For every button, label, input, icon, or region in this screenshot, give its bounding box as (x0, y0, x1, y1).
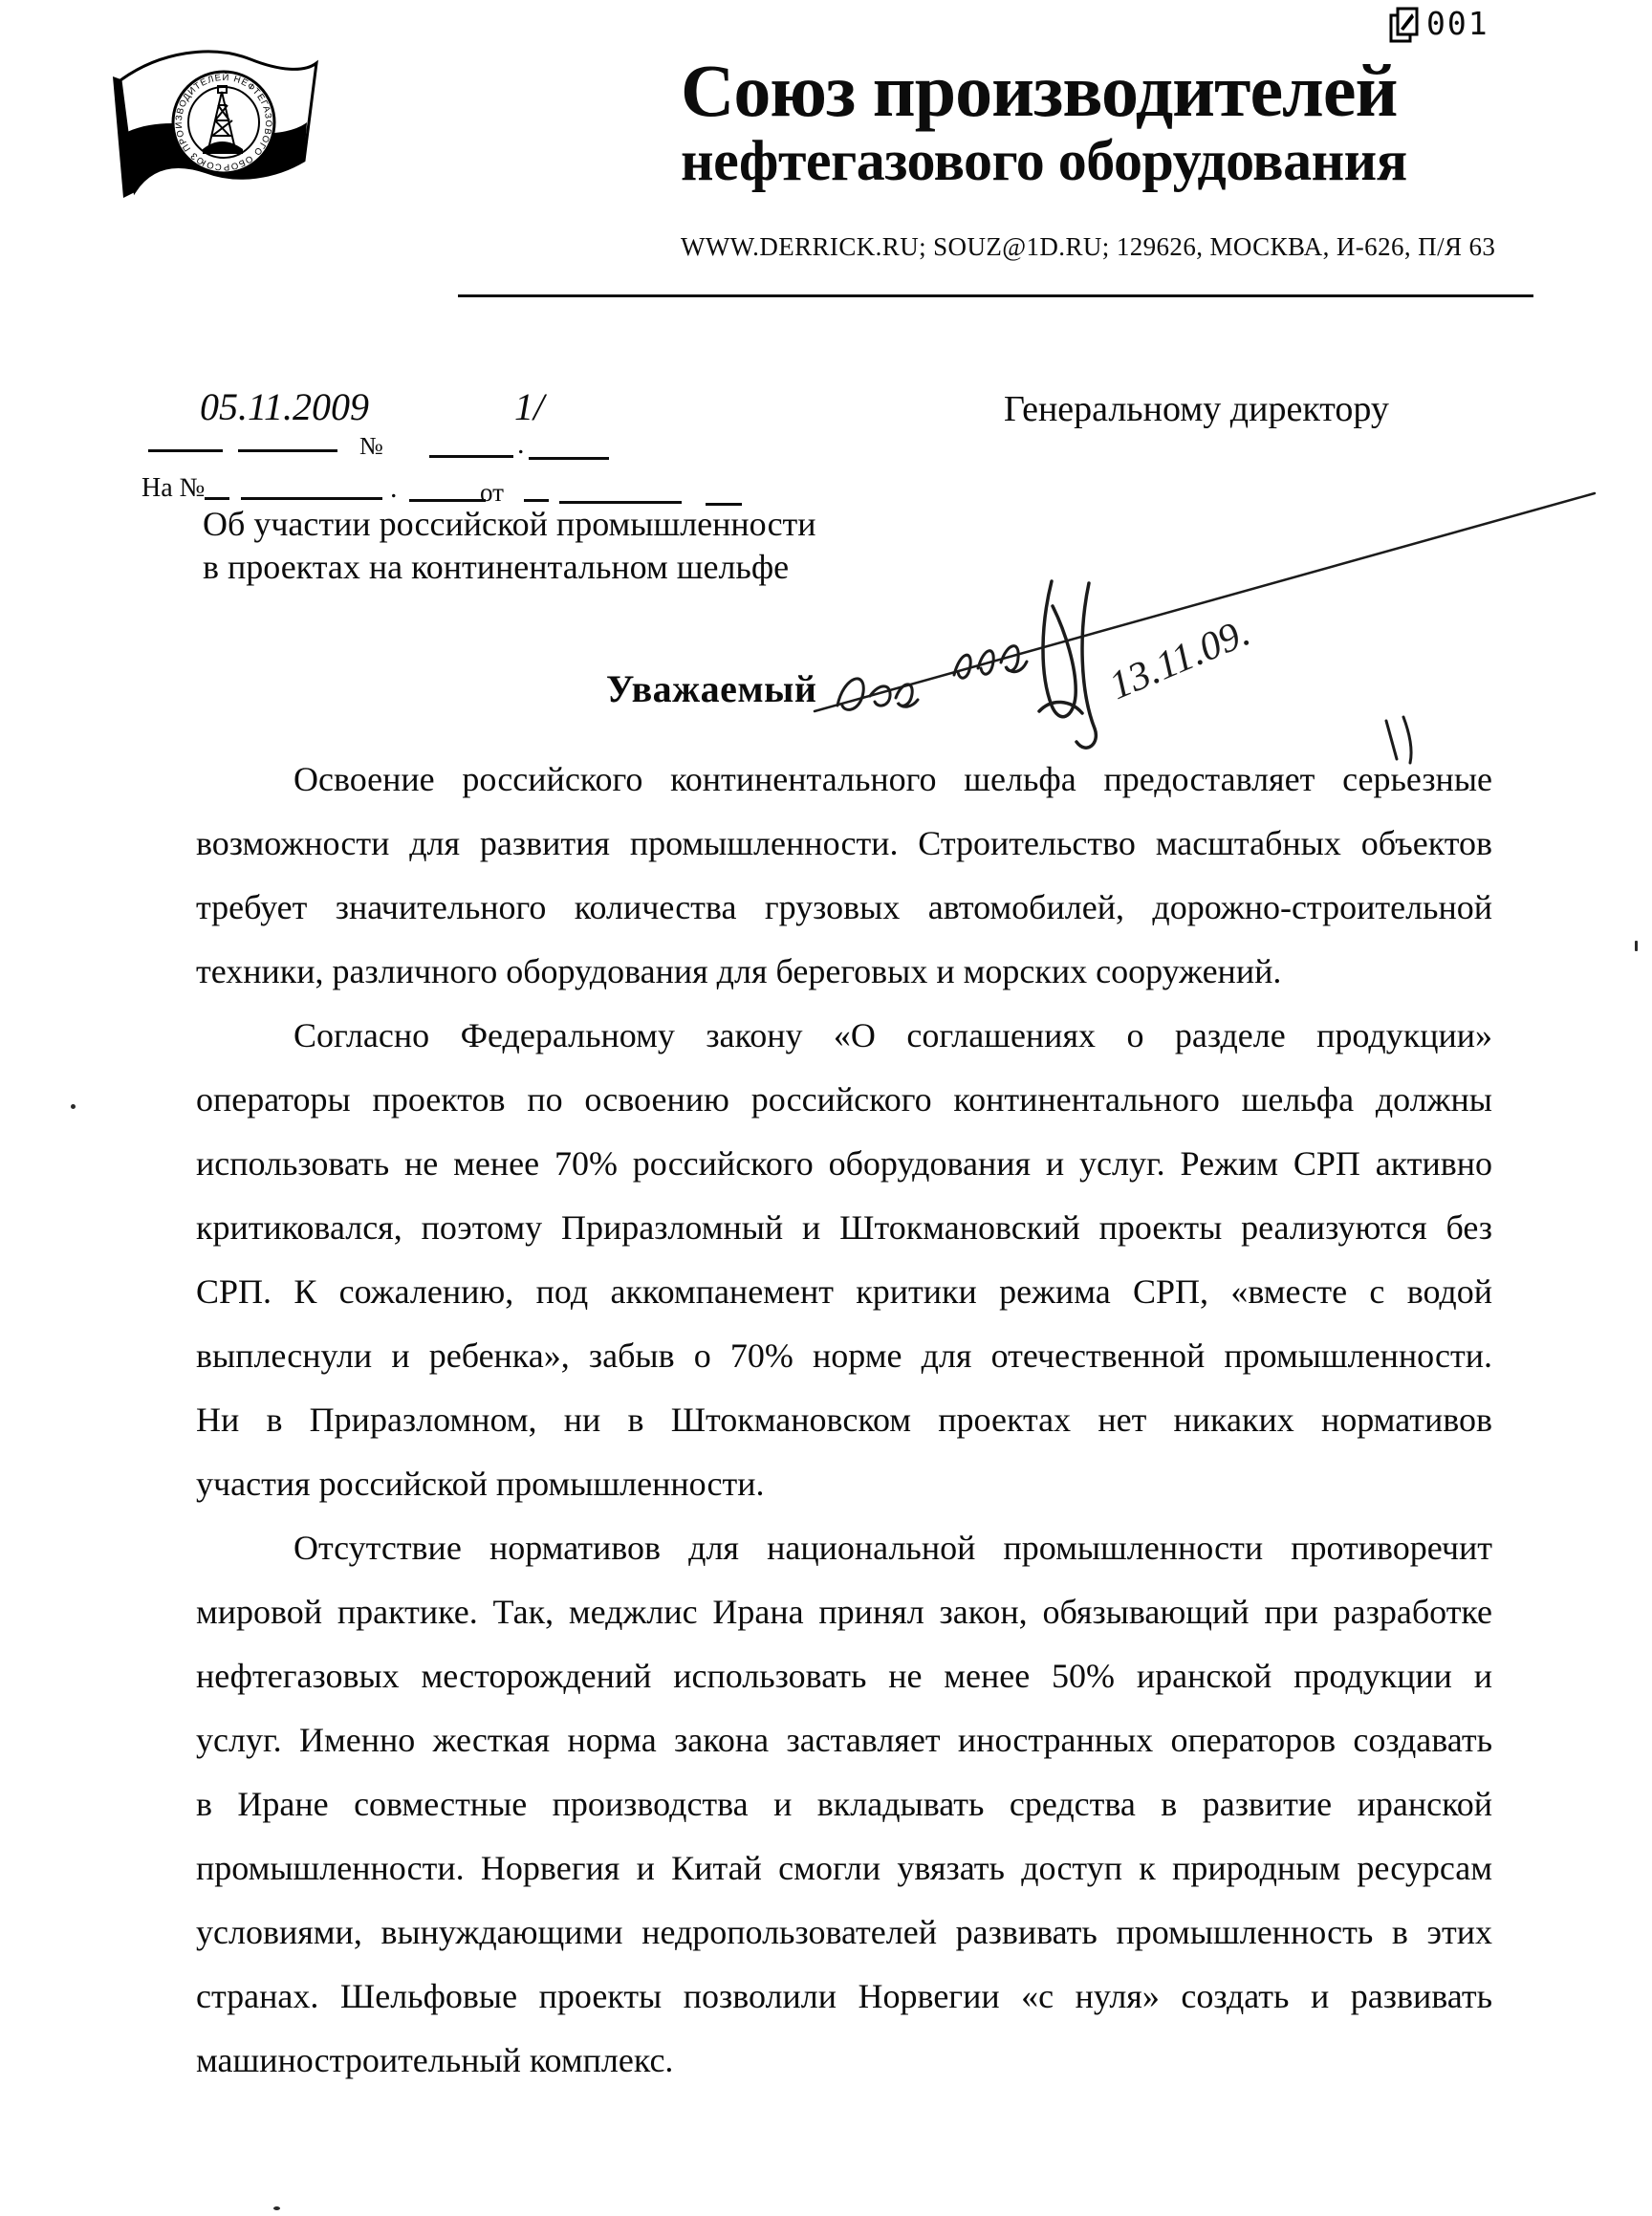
paragraph: Согласно Федеральному закону «О соглашен… (196, 1004, 1492, 1516)
body-line: выплеснули и ребенка», забыв о 70% норме… (196, 1324, 1492, 1388)
body-line: в Иране совместные производства и вклады… (196, 1772, 1492, 1836)
form-blank-line (205, 497, 229, 500)
form-blank-line (524, 499, 549, 502)
body-line: техники, различного оборудования для бер… (196, 940, 1492, 1004)
letter-date: 05.11.2009 (200, 384, 369, 429)
letterhead-rule (458, 294, 1533, 297)
body-line: машиностроительный комплекс. (196, 2029, 1492, 2093)
scanned-letter-page: 001 СОЮЗ ПРОИЗВОДИТЕЛЕЙ НЕФТЕГАЗОВОГО ОБ… (0, 0, 1652, 2216)
scan-speck (273, 2206, 280, 2210)
body-line: Согласно Федеральному закону «О соглашен… (196, 1004, 1492, 1068)
subject-line-2: в проектах на континентальном шельфе (203, 547, 789, 587)
body-line: требует значительного количества грузовы… (196, 876, 1492, 940)
body-line: условиями, вынуждающими недропользовател… (196, 1901, 1492, 1965)
body-line: возможности для развития промышленности.… (196, 812, 1492, 876)
form-blank-line (409, 499, 486, 502)
form-dot: . (517, 430, 525, 459)
form-blank-line (238, 449, 337, 452)
body-line: странах. Шельфовые проекты позволили Нор… (196, 1965, 1492, 2029)
scan-speck (71, 1104, 76, 1109)
number-sign: № (359, 432, 383, 461)
recipient-line: Генеральному директору (1004, 388, 1389, 430)
body-line: критиковался, поэтому Приразломный и Што… (196, 1196, 1492, 1260)
fax-page-icon (1388, 6, 1421, 44)
body-line: использовать не менее 70% российского об… (196, 1132, 1492, 1196)
reply-ref-label: На № (141, 473, 205, 504)
body-line: операторы проектов по освоению российско… (196, 1068, 1492, 1132)
subject-line-1: Об участии российской промышленности (203, 504, 816, 544)
scan-speck (1635, 941, 1638, 951)
org-name-line2: нефтегазового оборудования (681, 132, 1407, 189)
body-line: Ни в Приразломном, ни в Штокмановском пр… (196, 1388, 1492, 1452)
org-name-line1: Союз производителей (681, 54, 1397, 128)
fax-page-number: 001 (1426, 6, 1489, 42)
greeting: Уважаемый (606, 666, 816, 711)
form-blank-line (529, 457, 609, 460)
body-line: Освоение российского континентального ше… (196, 748, 1492, 812)
paragraph: Освоение российского континентального ше… (196, 748, 1492, 1004)
org-contacts: WWW.DERRICK.RU; SOUZ@1D.RU; 129626, МОСК… (681, 232, 1495, 262)
paragraph: Отсутствие нормативов для национальной п… (196, 1516, 1492, 2093)
handwritten-date: 13.11.09. (1103, 611, 1256, 709)
body-line: услуг. Именно жесткая норма закона заста… (196, 1708, 1492, 1772)
letter-number: 1/ (514, 384, 544, 429)
body-line: нефтегазовых месторождений использовать … (196, 1644, 1492, 1708)
fax-page-indicator: 001 (1388, 6, 1489, 44)
resolution-strike-line (815, 493, 1595, 711)
form-dot: . (390, 474, 398, 503)
body-line: Отсутствие нормативов для национальной п… (196, 1516, 1492, 1580)
form-blank-line (148, 449, 223, 452)
body-line: СРП. К сожалению, под аккомпанемент крит… (196, 1260, 1492, 1324)
form-blank-line (241, 497, 382, 500)
letter-body: Освоение российского континентального ше… (196, 748, 1492, 2093)
body-line: мировой практике. Так, меджлис Ирана при… (196, 1580, 1492, 1644)
oil-derrick-flag-icon: СОЮЗ ПРОИЗВОДИТЕЛЕЙ НЕФТЕГАЗОВОГО ОБОРУД… (107, 48, 337, 201)
handwritten-resolution: 13.11.09. (801, 470, 1604, 776)
body-line: участия российской промышленности. (196, 1452, 1492, 1516)
form-blank-line (429, 455, 513, 458)
org-logo: СОЮЗ ПРОИЗВОДИТЕЛЕЙ НЕФТЕГАЗОВОГО ОБОРУД… (107, 48, 337, 201)
body-line: промышленности. Норвегия и Китай смогли … (196, 1836, 1492, 1901)
